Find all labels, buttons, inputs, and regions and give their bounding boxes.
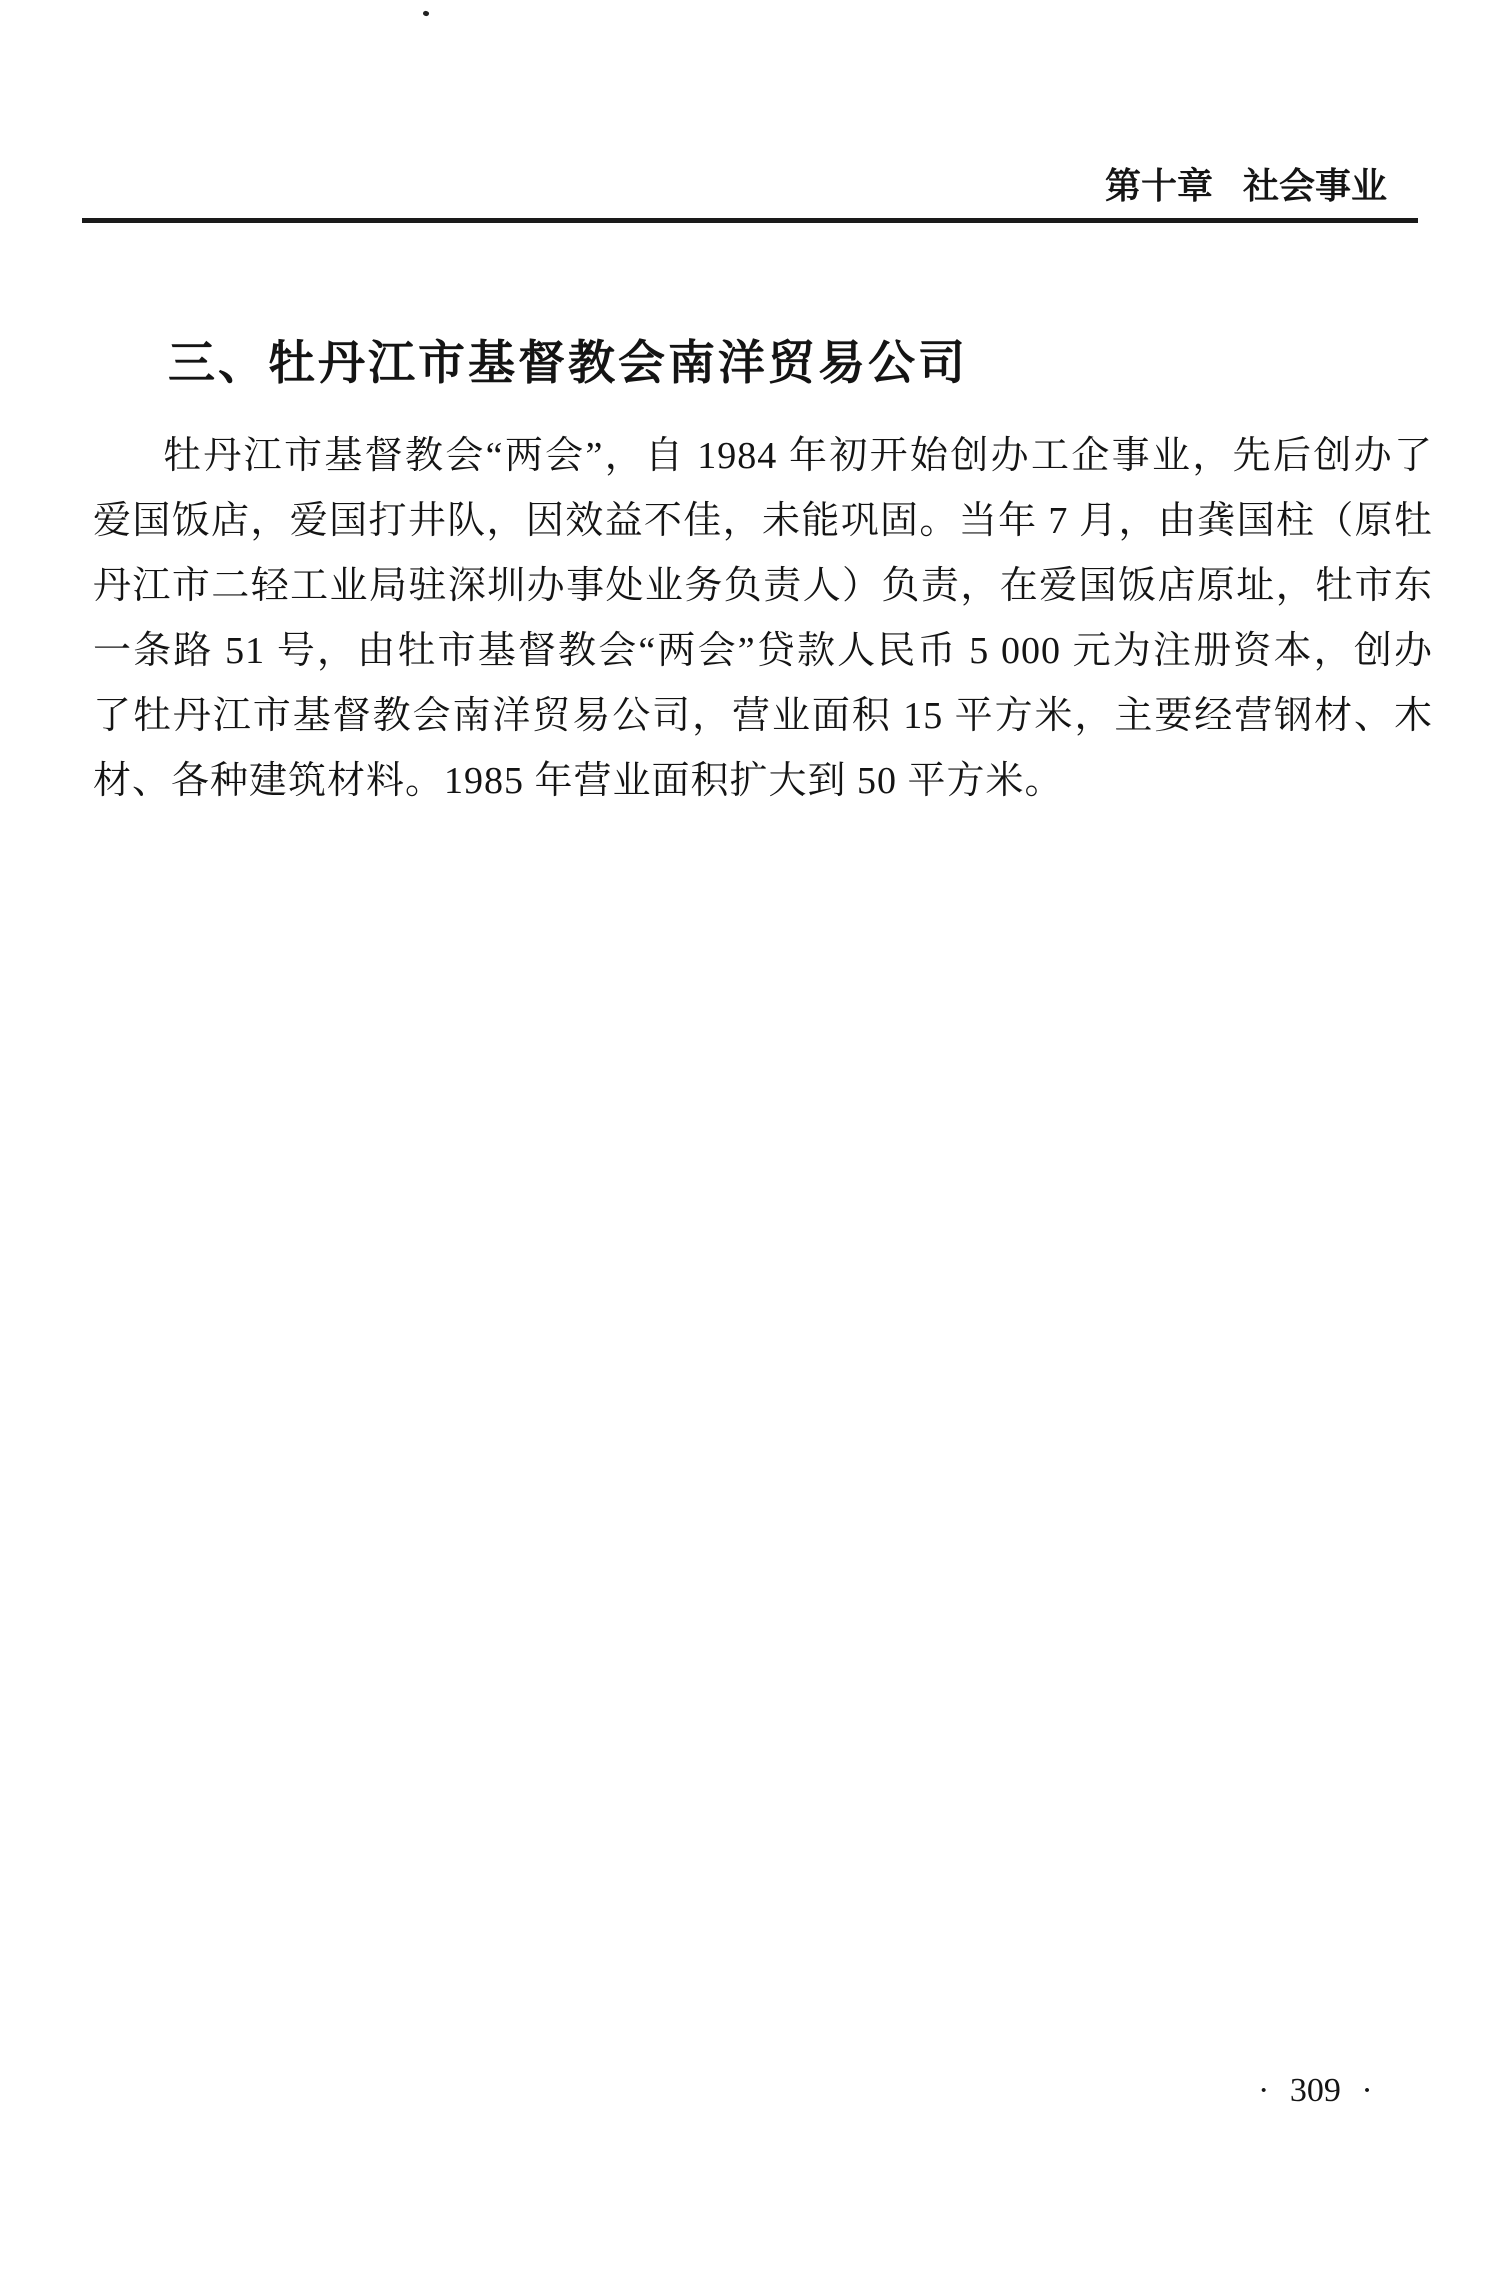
paragraph-line: 了牡丹江市基督教会南洋贸易公司，营业面积 15 平方米，主要经营钢材、木 (93, 684, 1433, 749)
section-heading: 三、牡丹江市基督教会南洋贸易公司 (168, 334, 968, 394)
paragraph-line: 材、各种建筑材料。1985 年营业面积扩大到 50 平方米。 (93, 749, 1433, 814)
paragraph-line: 丹江市二轻工业局驻深圳办事处业务负责人）负责，在爱国饭店原址，牡市东 (93, 554, 1433, 619)
running-header: 第十章 社会事业 (1105, 166, 1387, 206)
book-page: 第十章 社会事业 三、牡丹江市基督教会南洋贸易公司 牡丹江市基督教会“两会”，自… (0, 0, 1500, 2272)
scan-speck (422, 10, 429, 17)
paragraph-line: 爱国饭店，爱国打井队，因效益不佳，未能巩固。当年 7 月，由龚国柱（原牡 (93, 489, 1433, 554)
body-paragraph: 牡丹江市基督教会“两会”，自 1984 年初开始创办工企事业，先后创办了 爱国饭… (93, 424, 1433, 814)
paragraph-line: 牡丹江市基督教会“两会”，自 1984 年初开始创办工企事业，先后创办了 (93, 424, 1433, 489)
paragraph-line: 一条路 51 号，由牡市基督教会“两会”贷款人民币 5 000 元为注册资本，创… (93, 619, 1433, 684)
chapter-title-label: 社会事业 (1243, 166, 1387, 206)
page-number: · 309 · (1258, 2072, 1373, 2110)
chapter-label: 第十章 (1105, 166, 1213, 206)
header-rule (82, 218, 1418, 223)
